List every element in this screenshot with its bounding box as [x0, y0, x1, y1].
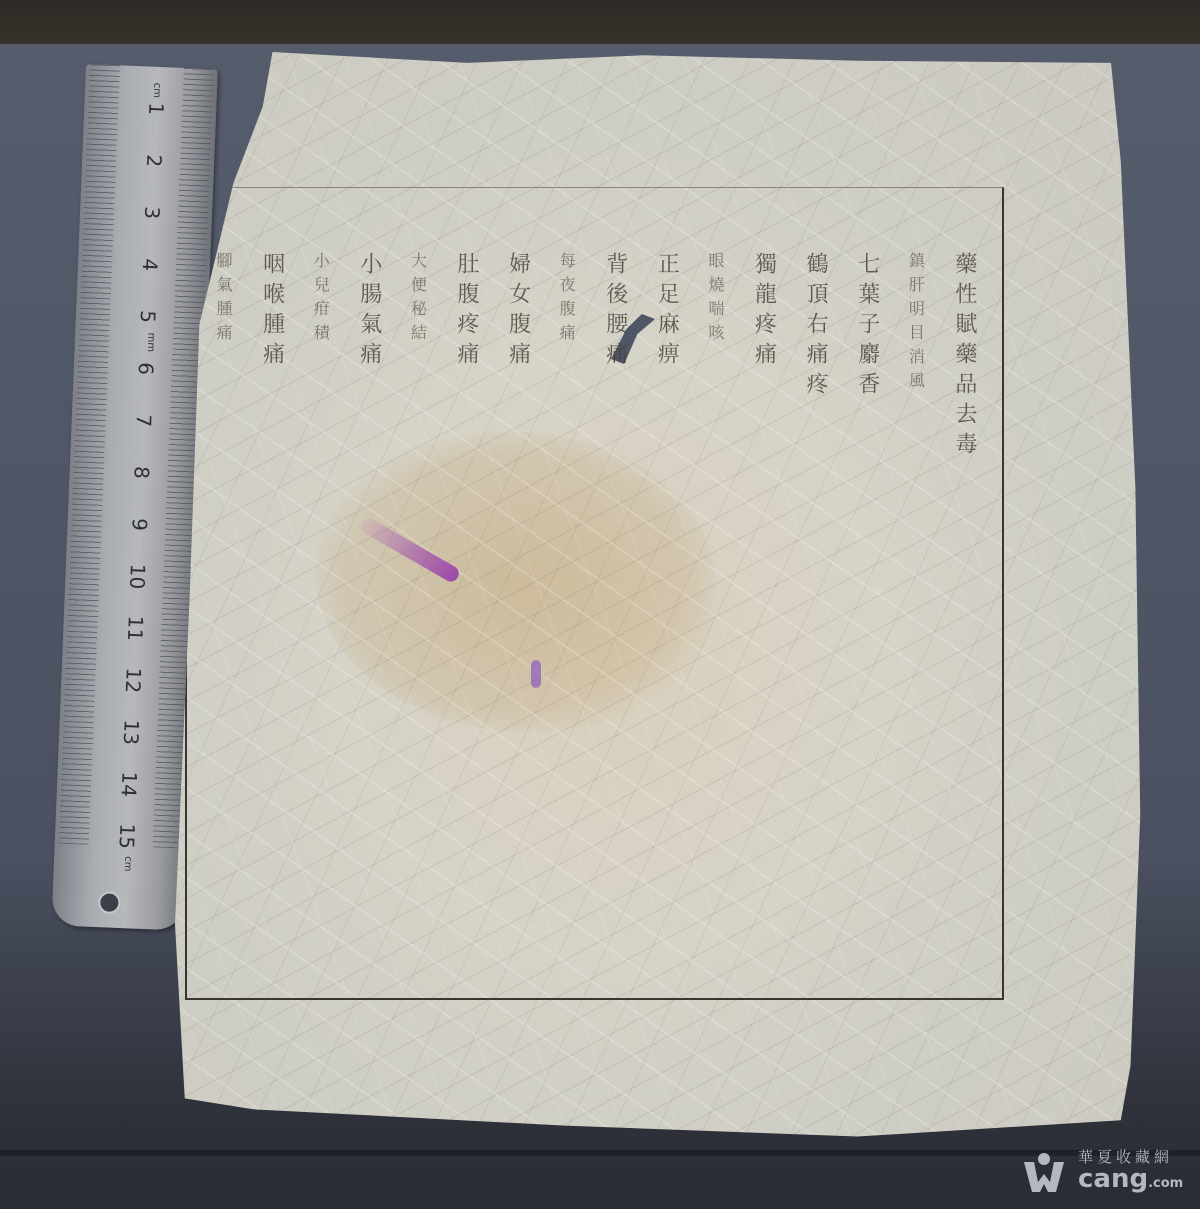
ruler-number: 9 — [127, 504, 153, 545]
cang-logo-icon — [1022, 1150, 1066, 1194]
text-column: 獨龍疼痛 — [753, 252, 775, 982]
text-column: 婦女腹痛 — [507, 252, 529, 982]
text-column: 七葉子麝香 — [856, 252, 878, 982]
ruler-number: 11 — [123, 608, 149, 649]
ruler-number: 15 — [114, 816, 140, 857]
cloth-fold — [0, 1150, 1200, 1156]
watermark: 華夏收藏網 cang.com — [1022, 1140, 1192, 1200]
ruler-number: 14 — [116, 764, 142, 805]
ruler-number: 4 — [137, 244, 163, 285]
text-column: 每夜腹痛 — [558, 252, 574, 982]
ruler-number: 7 — [131, 400, 157, 441]
antique-document: 藥性賦藥品去毒 鎮肝明目消風 七葉子麝香 鶴頂右痛疼 獨龍疼痛 眼燒喘咳 正足麻… — [175, 52, 1150, 1142]
watermark-brand: cang — [1078, 1164, 1148, 1194]
text-column: 腳氣腫痛 — [215, 252, 231, 982]
text-column: 咽喉腫痛 — [261, 252, 283, 982]
text-column: 小腸氣痛 — [358, 252, 380, 982]
ruler-number: 12 — [121, 660, 147, 701]
text-column: 鎮肝明目消風 — [907, 252, 923, 982]
text-column: 背後腰痛 — [604, 252, 626, 982]
ruler-number: 13 — [118, 712, 144, 753]
ruler-number: 3 — [139, 192, 165, 233]
text-column: 小兒疳積 — [312, 252, 328, 982]
text-column: 大便秘結 — [409, 252, 425, 982]
text-column: 鶴頂右痛疼 — [804, 252, 826, 982]
ruler-number: 10 — [125, 556, 151, 597]
background-wall — [0, 0, 1200, 50]
ruler-unit-bottom: cm — [122, 856, 134, 872]
ruler-number: 2 — [141, 140, 167, 181]
ruler-number: 6 — [133, 348, 159, 389]
ruler-hang-hole — [98, 891, 121, 914]
text-column: 眼燒喘咳 — [707, 252, 723, 982]
ruler-number: 5 — [135, 296, 161, 337]
watermark-domain: .com — [1148, 1176, 1183, 1191]
watermark-english: cang.com — [1078, 1164, 1183, 1194]
ruler-number: 8 — [129, 452, 155, 493]
text-column: 肚腹疼痛 — [455, 252, 477, 982]
ruler-number: 1 — [143, 88, 169, 129]
text-column: 正足麻痹 — [655, 252, 677, 982]
title-column: 藥性賦藥品去毒 — [953, 252, 975, 982]
text-columns: 藥性賦藥品去毒 鎮肝明目消風 七葉子麝香 鶴頂右痛疼 獨龍疼痛 眼燒喘咳 正足麻… — [215, 252, 975, 982]
